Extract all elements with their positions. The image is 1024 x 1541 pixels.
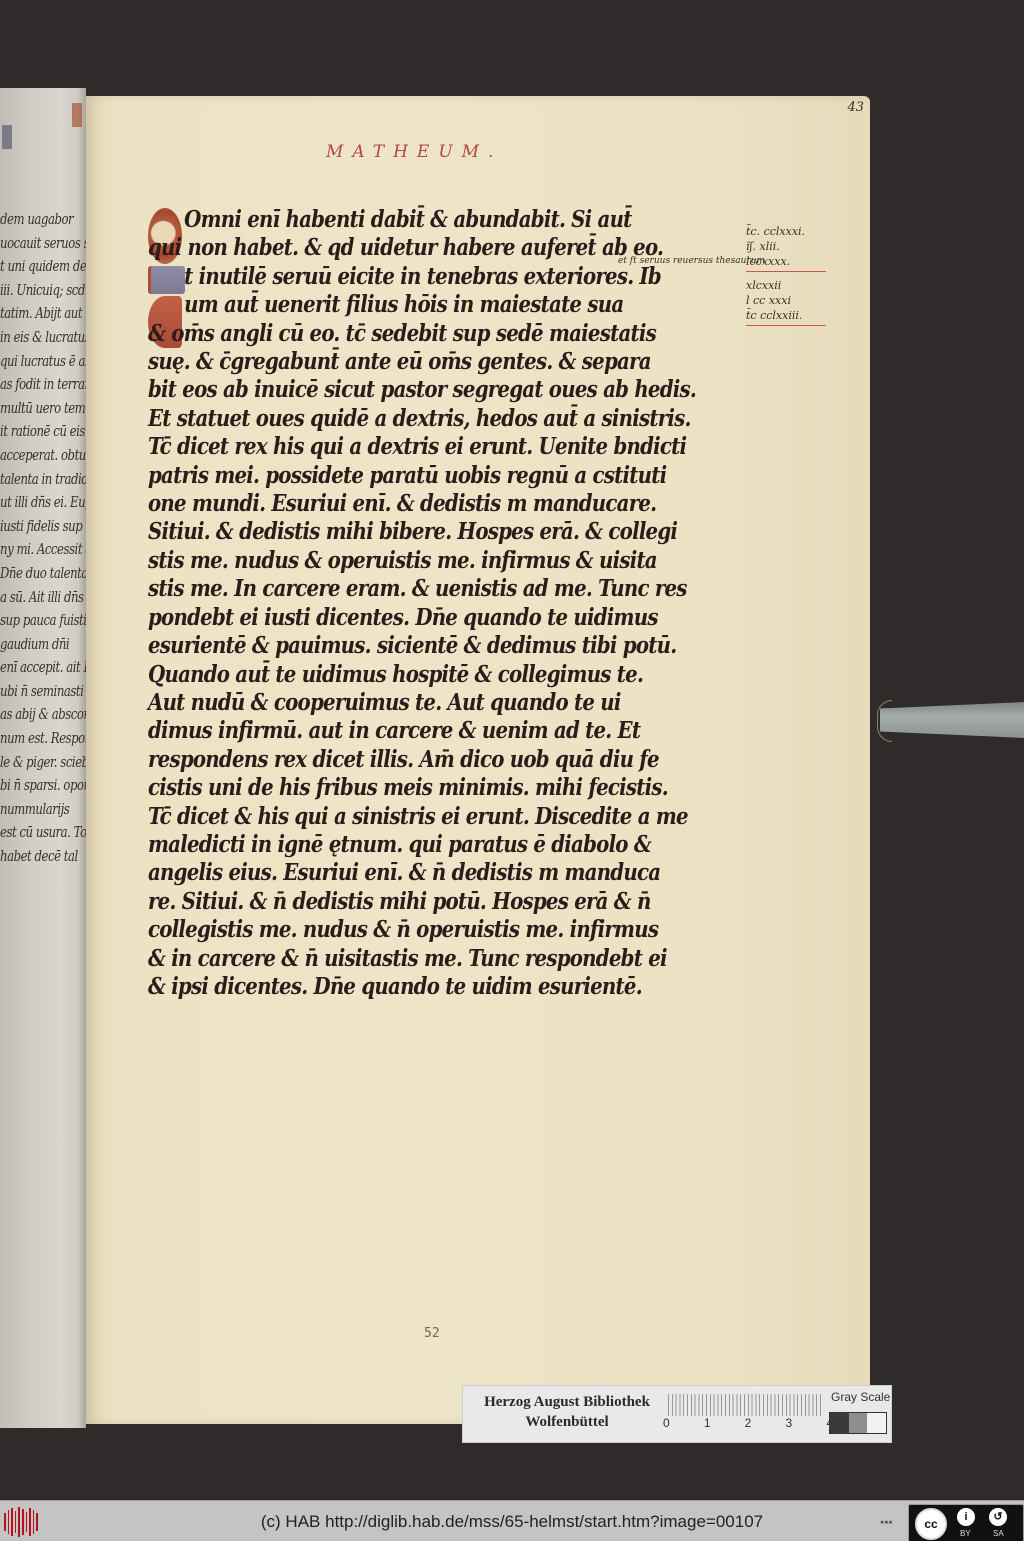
text-line: one mundi. Esuriui enī. & dedistis m man…	[148, 490, 681, 518]
ruler-tick: 1	[704, 1416, 711, 1430]
verso-text-line: iusti fidelis sup	[0, 515, 70, 539]
shelf-number: 52	[424, 1326, 440, 1341]
book-clip	[880, 702, 1024, 738]
verso-initial-blue	[2, 125, 12, 149]
text-lines: Omni enī habenti dabit̄ & abundabit. Si …	[148, 206, 768, 1001]
color-checker-card: Herzog August Bibliothek Wolfenbüttel 0 …	[462, 1385, 892, 1443]
verso-text-line: ubi n̄ seminasti	[0, 680, 70, 704]
footer-bar: (c) HAB http://diglib.hab.de/mss/65-helm…	[0, 1500, 1024, 1541]
text-line: re. Sitiui. & n̄ dedistis mihi potū. Hos…	[148, 888, 681, 916]
text-line: Tc̄ dicet & his qui a sinistris ei erunt…	[148, 803, 681, 831]
verso-text-line: it rationē cū eis	[0, 420, 70, 444]
ruler-tick: 0	[663, 1416, 670, 1430]
verso-text-line: nummularijs	[0, 798, 70, 822]
ruler-tick: 3	[785, 1416, 792, 1430]
marginal-note: ı̄ʃ. xlii.	[746, 239, 866, 254]
copyright-link[interactable]: (c) HAB http://diglib.hab.de/mss/65-helm…	[0, 1512, 1024, 1532]
attribution-icon: i	[957, 1508, 975, 1526]
verso-text-line: tatim. Abijt aut qui	[0, 302, 70, 326]
running-title: MATHEUM.	[326, 142, 502, 162]
text-line: stis me. nudus & operuistis me. infirmus…	[148, 547, 681, 575]
text-line: maledicti in ignē ętnum. qui paratus ē d…	[148, 831, 681, 859]
text-line: & in carcere & n̄ uisitastis me. Tunc re…	[148, 945, 681, 973]
verso-text-line: dem uagabor	[0, 208, 70, 232]
cc-icon: cc	[915, 1508, 947, 1540]
verso-page: dem uagaboruocauit seruos suost uni quid…	[0, 88, 86, 1428]
verso-text-line: num est. Respondet	[0, 727, 70, 751]
verso-text-line: Dn̄e duo talenta	[0, 562, 70, 586]
image-viewer: dem uagaboruocauit seruos suost uni quid…	[0, 0, 1024, 1500]
verso-text-line: uocauit seruos suos	[0, 232, 70, 256]
text-line: Aut nudū & cooperuimus te. Aut quando te…	[148, 689, 681, 717]
text-line: Omni enī habenti dabit̄ & abundabit. Si …	[148, 206, 681, 234]
text-line: dimus infirmū. aut in carcere & uenim ad…	[148, 717, 681, 745]
verso-text-line: ny mi. Accessit aut	[0, 538, 70, 562]
sa-label: SA	[993, 1529, 1004, 1538]
main-text-block: Omni enī habenti dabit̄ & abundabit. Si …	[148, 206, 768, 1001]
verso-text-line: a sū. Ait illi dn̄s	[0, 586, 70, 610]
text-line: suę. & c̄gregabunt̄ ante eū om̄s gentes.…	[148, 348, 681, 376]
text-line: angelis eius. Esuriui enī. & n̄ dedistis…	[148, 859, 681, 887]
marginal-note: t̄c. cclxxxi.	[746, 224, 866, 239]
ruler-tick: 2	[745, 1416, 752, 1430]
verso-text-line: gaudium dn̄i	[0, 633, 70, 657]
verso-text-line: bi n̄ sparsi. opor	[0, 774, 70, 798]
text-line: & om̄s angli cū eo. tc̄ sedebit sup sedē…	[148, 320, 681, 348]
text-line: & ipsi dicentes. Dn̄e quando te uidim es…	[148, 973, 681, 1001]
interlinear-gloss: et ft seruus reuersus thesaurum	[618, 256, 765, 266]
verso-text-line: est cū usura. Tol	[0, 821, 70, 845]
red-rule	[746, 325, 826, 326]
text-line: collegistis me. nudus & n̄ operuistis me…	[148, 916, 681, 944]
marginal-note: xlcxxii	[746, 278, 866, 293]
marginal-note: lccxxxx.	[746, 254, 866, 269]
institution-name: Herzog August Bibliothek Wolfenbüttel	[467, 1392, 667, 1432]
verso-text-line: multū uero temp	[0, 397, 70, 421]
recto-page: 43 MATHEUM. Omni enī habenti dabit̄ & ab…	[86, 96, 870, 1424]
book-clip-loop	[877, 700, 892, 742]
by-label: BY	[960, 1529, 971, 1538]
marginal-note: t̄c cclxxiii.	[746, 308, 866, 323]
verso-text-line: in eis & lucratus	[0, 326, 70, 350]
text-line: Quando aut̄ te uidimus hospitē & collegi…	[148, 661, 681, 689]
text-line: respondens rex dicet illis. Am̄ dico uob…	[148, 746, 681, 774]
text-line: stis me. In carcere eram. & uenistis ad …	[148, 575, 681, 603]
marginal-note: l cc xxxi	[746, 293, 866, 308]
text-line: Sitiui. & dedistis mihi bibere. Hospes e…	[148, 518, 681, 546]
verso-text: dem uagaboruocauit seruos suost uni quid…	[0, 208, 86, 869]
share-alike-icon: ↺	[989, 1508, 1007, 1526]
institution-line-2: Wolfenbüttel	[467, 1412, 667, 1432]
verso-text-line: as abij & abscond	[0, 703, 70, 727]
institution-line-1: Herzog August Bibliothek	[467, 1392, 667, 1412]
gray-swatch	[830, 1413, 849, 1433]
gray-scale-bar	[829, 1412, 887, 1434]
text-line: Tc̄ dicet rex his qui a dextris ei erunt…	[148, 433, 681, 461]
verso-text-line: iii. Unicuiq; scdm	[0, 279, 70, 303]
cc-license-badge[interactable]: cc i ↺ BY SA	[908, 1504, 1024, 1541]
text-line: pondebt ei iusti dicentes. Dn̄e quando t…	[148, 604, 681, 632]
nav-dots-icon[interactable]: ▪▪▪	[880, 1518, 893, 1526]
verso-text-line: sup pauca fuisti	[0, 609, 70, 633]
text-line: um aut̄ uenerit filius hōis in maiestate…	[148, 291, 681, 319]
gray-swatch	[867, 1413, 886, 1433]
text-line: t inutilē seruū eicite in tenebras exter…	[148, 263, 681, 291]
verso-text-line: as fodit in terram	[0, 373, 70, 397]
ruler-tick-labels: 0 1 2 3 4	[663, 1416, 833, 1430]
text-line: qui non habet. & qd uidetur habere aufer…	[148, 234, 681, 262]
text-line: bit eos ab inuicē sicut pastor segregat …	[148, 376, 681, 404]
ruler-scale	[668, 1394, 821, 1416]
gray-swatch	[849, 1413, 868, 1433]
verso-text-line: t uni quidem dedit	[0, 255, 70, 279]
folio-number: 43	[847, 100, 864, 115]
text-line: Et statuet oues quidē a dextris, hedos a…	[148, 405, 681, 433]
verso-text-line: habet decē tal	[0, 845, 70, 869]
red-rule	[746, 271, 826, 272]
verso-text-line: enī accepit. ait Dn̄	[0, 656, 70, 680]
text-line: patris mei. possidete paratū uobis regnū…	[148, 462, 681, 490]
verso-text-line: talenta in tradidi	[0, 468, 70, 492]
verso-text-line: qui lucratus ē alia	[0, 350, 70, 374]
text-line: cistis uni de his fribus meis minimis. m…	[148, 774, 681, 802]
verso-text-line: acceperat. obtulit	[0, 444, 70, 468]
verso-text-line: ut illi dn̄s ei. Eug	[0, 491, 70, 515]
verso-text-line: le & piger. sciebas	[0, 751, 70, 775]
gray-scale-label: Gray Scale	[831, 1390, 890, 1404]
text-line: esurientē & pauimus. sicientē & dedimus …	[148, 632, 681, 660]
marginal-notes: t̄c. cclxxxi. ı̄ʃ. xlii. lccxxxx. xlcxxi…	[746, 224, 866, 332]
